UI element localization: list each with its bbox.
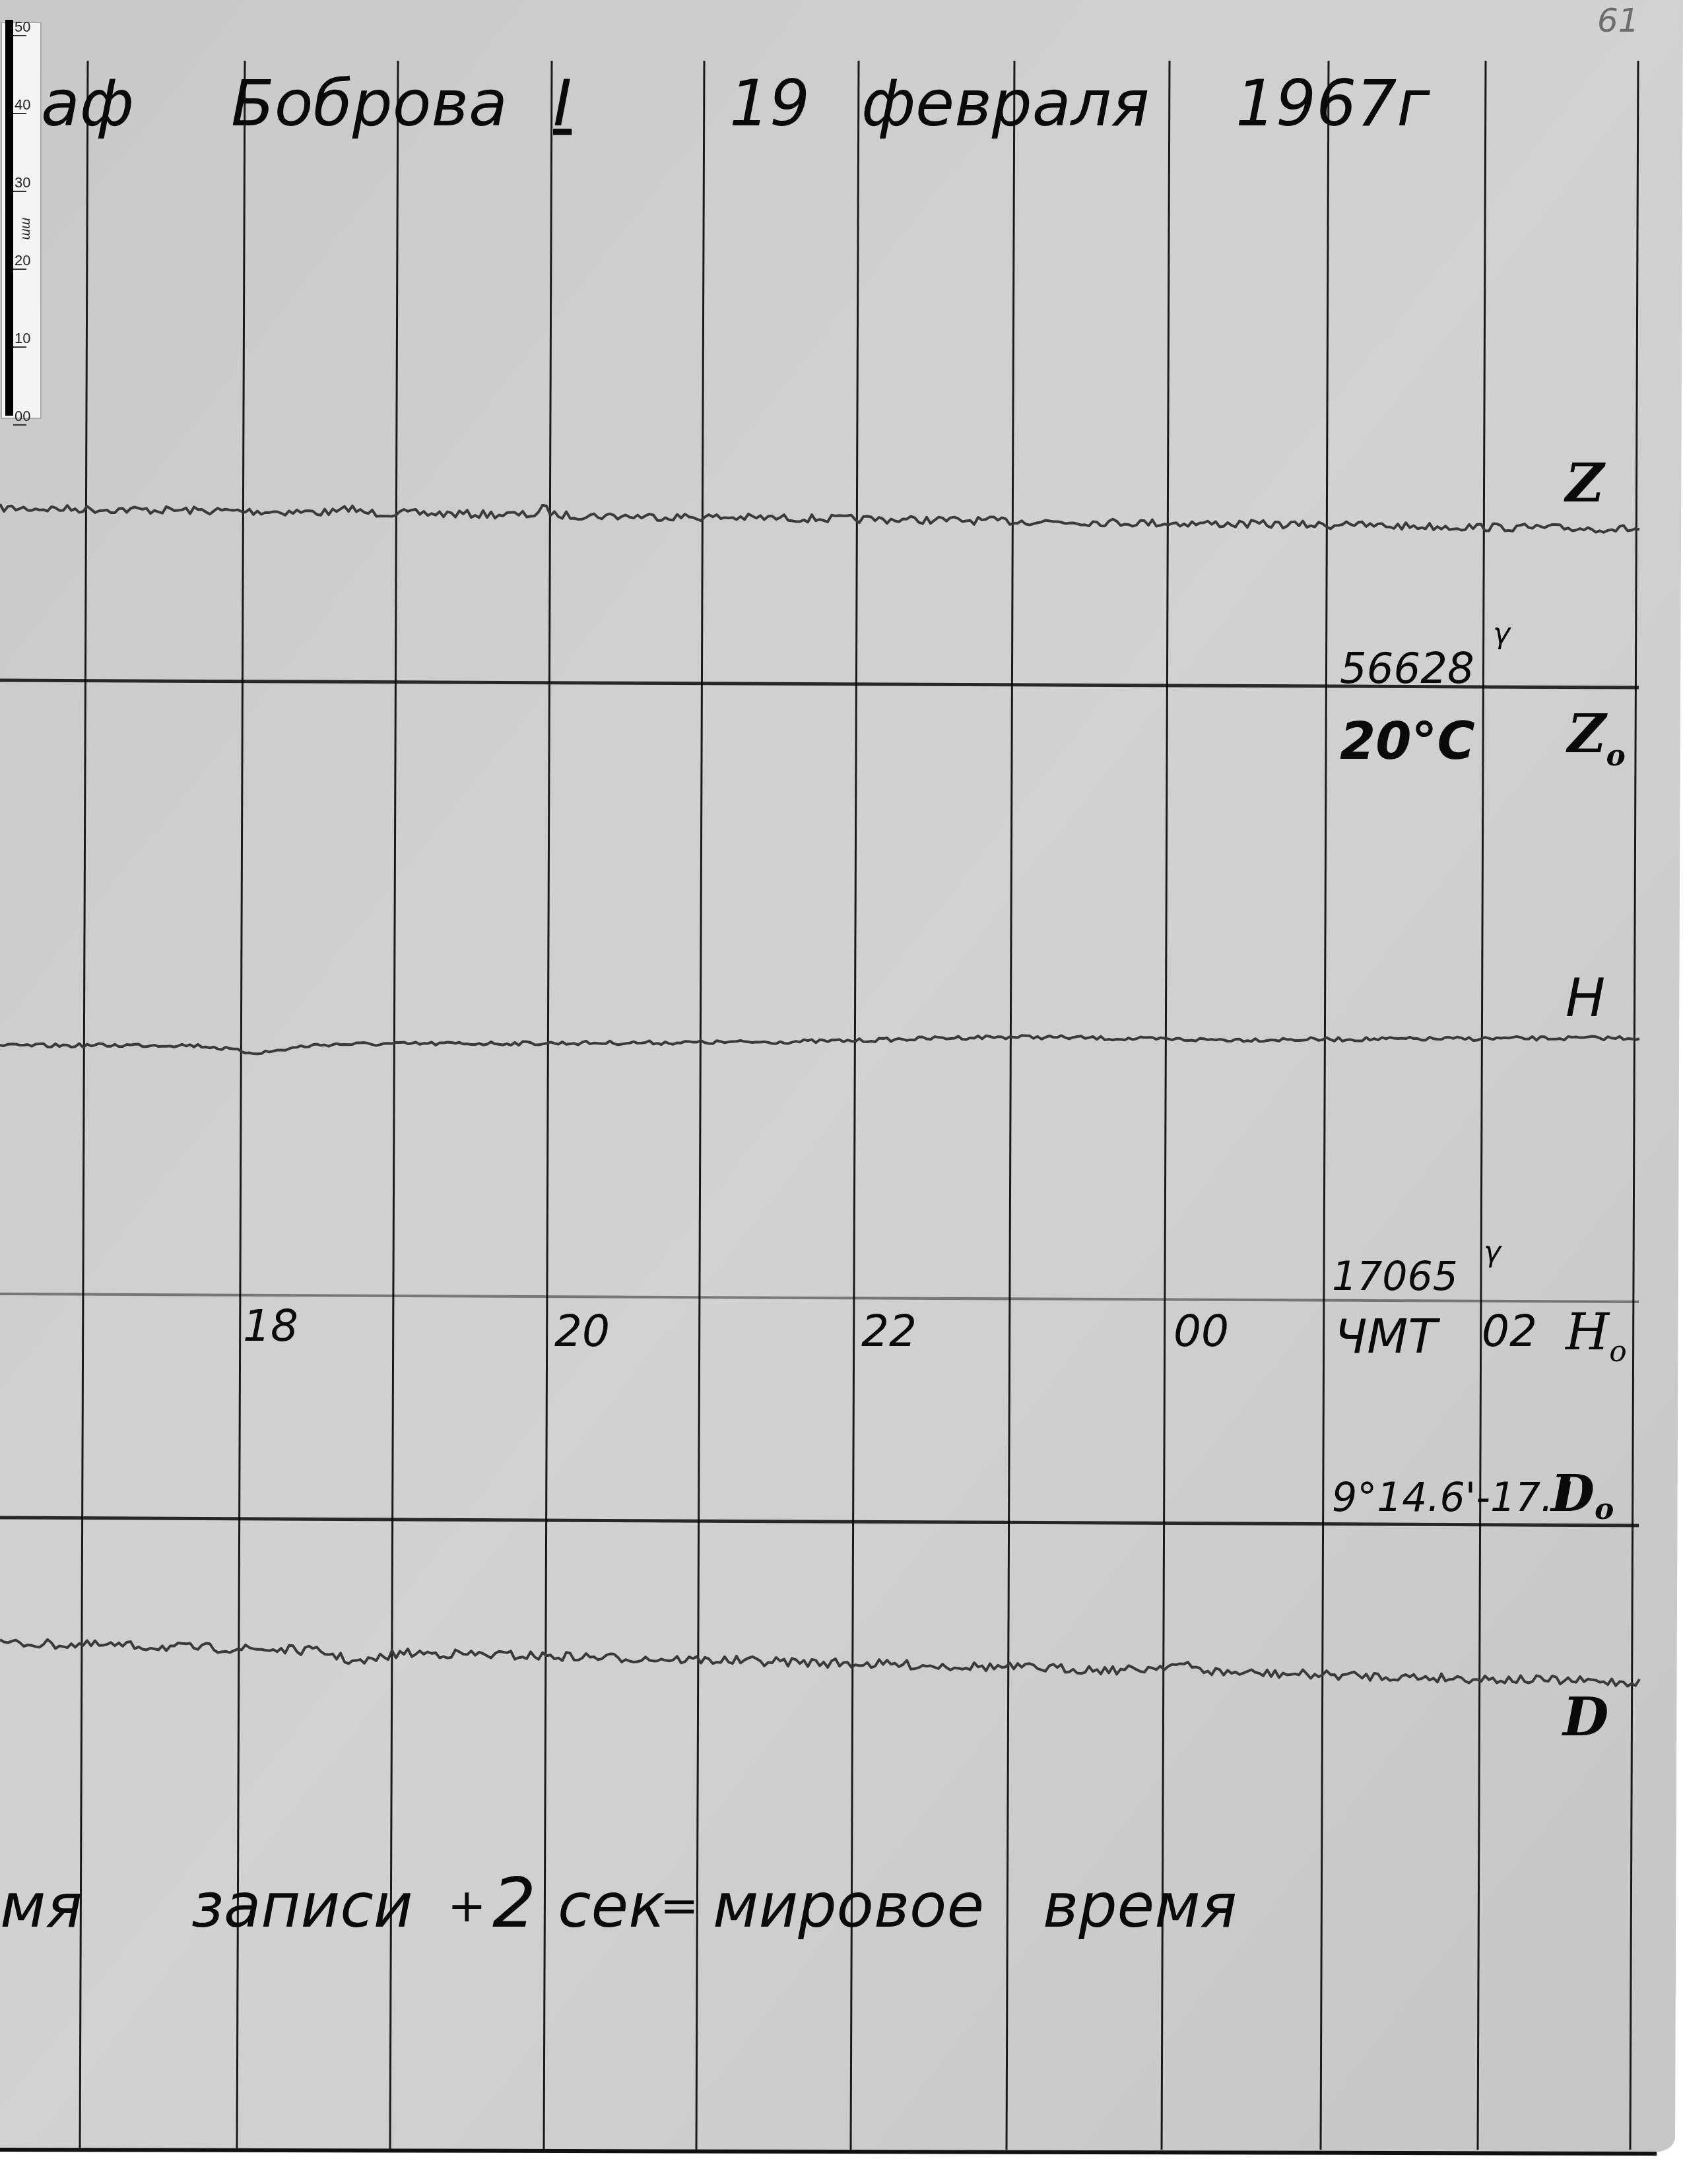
footer-text-3: время <box>1043 1871 1237 1941</box>
magnetogram-sheet: 504030201000 mm 61 аф Боброва I 19 февра… <box>0 0 1683 2184</box>
time-label-18: 18 <box>243 1301 298 1351</box>
ruler-unit-label: mm <box>19 218 34 240</box>
footer-text-2: мировое <box>713 1871 984 1941</box>
footer-value: 2 <box>492 1863 536 1943</box>
title-fragment: аф <box>41 67 134 141</box>
page-number: 61 <box>1597 1 1639 40</box>
title-numeral: I <box>553 67 572 141</box>
trace-label-d: D <box>1562 1686 1608 1748</box>
title-month: февраля <box>861 67 1150 141</box>
title-name: Боброва <box>231 67 508 141</box>
paper-background <box>0 0 1683 2152</box>
title-day: 19 <box>729 67 810 141</box>
time-label-02: 02 <box>1482 1306 1537 1357</box>
scale-ruler: 504030201000 mm <box>1 18 41 425</box>
z0-unit: γ <box>1493 617 1511 651</box>
footer-equals: = <box>660 1879 699 1933</box>
z0-temperature: 20°C <box>1340 712 1475 771</box>
trace-label-h: H <box>1566 967 1605 1029</box>
h0-value: 17065 <box>1332 1254 1458 1300</box>
ruler-tick-label: 20 <box>15 252 30 269</box>
ruler-tick-label: 40 <box>15 96 30 113</box>
time-label-00: 00 <box>1173 1306 1229 1357</box>
title-year: 1967г <box>1236 67 1430 141</box>
ruler-tick-label: 10 <box>15 330 30 346</box>
h0-unit: γ <box>1484 1235 1502 1269</box>
time-label-20: 20 <box>554 1306 610 1357</box>
timezone-label: ЧМТ <box>1335 1308 1440 1364</box>
ruler-tick-label: 50 <box>15 18 30 35</box>
footer-text-1: записи <box>191 1871 413 1941</box>
z0-value: 56628 <box>1340 645 1474 693</box>
trace-label-z: Z <box>1564 452 1606 514</box>
ruler-tick-label: 00 <box>15 408 30 424</box>
footer-plus: + <box>447 1879 486 1933</box>
ruler-tick-label: 30 <box>15 174 30 191</box>
footer-fragment: мя <box>0 1871 82 1941</box>
time-label-22: 22 <box>861 1306 917 1357</box>
footer-unit: сек <box>558 1871 665 1941</box>
